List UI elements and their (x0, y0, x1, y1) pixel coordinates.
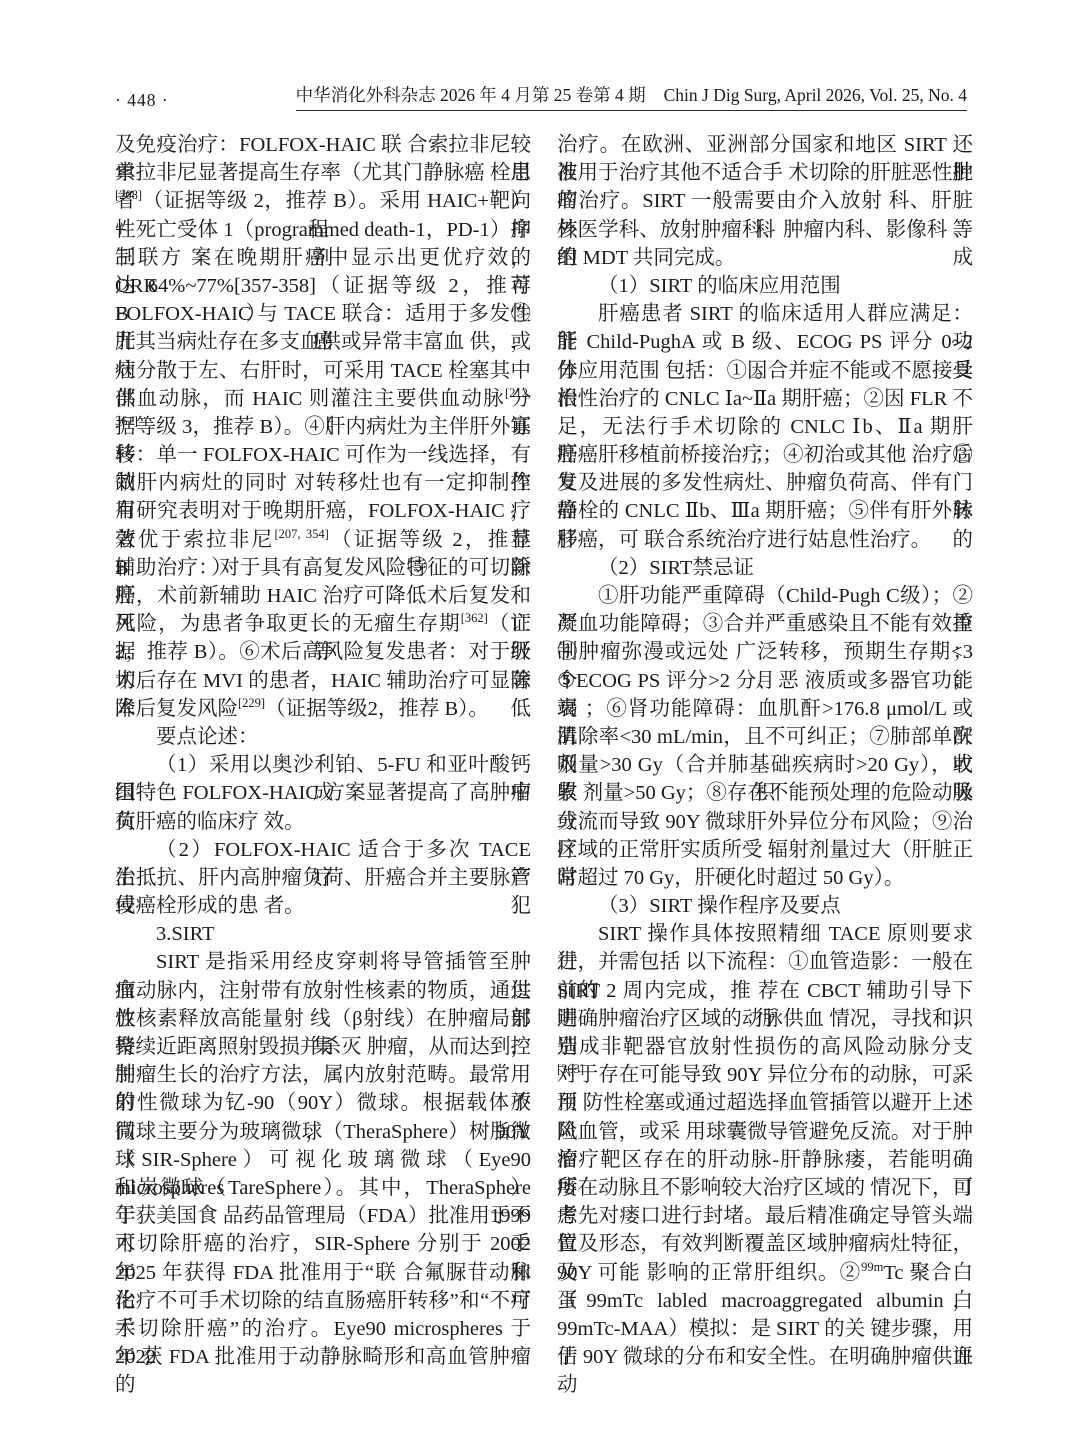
text-line: 2，推荐 B）。⑥术后高风险复发患者：对于肝切除 (115, 638, 531, 666)
text-line: 年 获 FDA 批准用于动静脉畸形和高血管肿瘤的 (115, 1343, 531, 1371)
text-line: [208]（证据等级 2，推荐 B）。采用 HAIC+靶向+程序 (115, 187, 531, 215)
superscript-reference: [207, 354] (274, 527, 328, 541)
text-line: 微球主要分为玻璃微球（TheraSphere）树脂微球 (115, 1118, 531, 1146)
text-line: 时超过 70 Gy，肝硬化时超过 50 Gy）。 (557, 864, 973, 892)
text-line: 索拉非尼显著提高生存率（尤其门静脉癌 栓患者） (115, 159, 531, 187)
text-line: 制肝内病灶的同时 对转移灶也有一定抑制作用， (115, 469, 531, 497)
text-line: 肝癌肝移植前桥接治疗；④初治或其他 治疗后复 (557, 441, 973, 469)
text-line: 尤其当病灶存在多支血供或异常丰富血 供，或病 (115, 328, 531, 356)
page-number: · 448 · (115, 89, 169, 111)
text-line: 置及形态，有效判断覆盖区域肿瘤病灶特征，及 (557, 1230, 973, 1258)
text-line: 治疗。在欧洲、亚洲部分国家和地区 SIRT 还被批 (557, 131, 973, 159)
text-line: 体应用范围 包括：①因合并症不能或不愿接受根 (557, 357, 973, 385)
text-line: 肝癌，可 联合系统治疗进行姑息性治疗。 (557, 526, 973, 554)
text-line: ⑤ECOG PS 评分>2 分、恶 液质或多器官功能衰 (557, 667, 973, 695)
text-line: 的治疗。SIRT 一般需要由介入放射 科、肝脏外科、 (557, 187, 973, 215)
text-line: ①肝功能严重障碍（Child-Pugh C级）；②严重 (557, 582, 973, 610)
text-line: 能 Child-PughA 或 B 级、ECOG PS 评分 0~2 分。具 (557, 328, 973, 356)
text-line: 凝血功能障碍；③合并严重感染且不能有效控制； (557, 610, 973, 638)
text-line: 分流而导致 90Y 微球肝外异位分布风险；⑨治疗 (557, 808, 973, 836)
text-line: 核医学科、放射肿瘤科、肿瘤内科、影像科 等组成 (557, 216, 973, 244)
text-line: 造成非靶器官放射性损伤的高风险动脉分支[363]。 (557, 1033, 973, 1061)
text-line: （1）SIRT 的临床应用范围 (557, 272, 973, 300)
text-line: 90Y 可能 影响的正常肝组织。②99mTc 聚合白蛋白 (557, 1259, 973, 1287)
text-line: 生抵抗、肝内高肿瘤负荷、肝癌合并主要脉管侵犯 (115, 864, 531, 892)
text-line: 术后存在 MVI 的患者，HAIC 辅助治疗可显著降低 (115, 667, 531, 695)
text-line: 著优于索拉非尼[207, 354]（证据等级 2，推荐B）。⑤新 (115, 526, 531, 554)
text-line: （99mTc labled macroaggregated albumin， (557, 1287, 973, 1315)
text-line: （SIR-Sphere）可视化玻璃微球（Eye90 microspheres） (115, 1146, 531, 1174)
text-line: 射性微球为钇-90（90Y）微球。根据载体不同，90Y (115, 1089, 531, 1117)
journal-page: · 448 · 中华消化外科杂志 2026 年 4 月第 25 卷第 4 期Ch… (0, 0, 1080, 1455)
text-line: 术后复发风险[229]（证据等级2，推荐 B）。 (115, 695, 531, 723)
text-line: 区域的正常肝实质所受 辐射剂量过大（肝脏正常 (557, 836, 973, 864)
text-line: 术切除肝癌的治疗，SIR-Sphere 分别于 2002 年和 (115, 1230, 531, 1258)
text-line: 前的 2 周内完成，推 荐在 CBCT 辅助引导下进行， (557, 977, 973, 1005)
text-line: 和炭微球（TareSphere）。其中，TheraSphere 于 1999 (115, 1174, 531, 1202)
right-column: 治疗。在欧洲、亚洲部分国家和地区 SIRT 还被批准用于治疗其他不适合手 术切除… (557, 131, 973, 1371)
text-line: 准用于治疗其他不适合手 术切除的肝脏恶性肿瘤 (557, 159, 973, 187)
text-line: 所在动脉且不影响较大治疗区域的 情况下，可考 (557, 1174, 973, 1202)
text-line: 灶分散于左、右肝时，可采用 TACE 栓塞其中部分 (115, 357, 531, 385)
text-line: 国特色 FOLFOX-HAIC 方案显著提高了高肿瘤负 (115, 779, 531, 807)
text-line: SIRT 是指采用经皮穿刺将导管插管至肿瘤供 (115, 948, 531, 976)
text-line: （2）SIRT禁忌证 (557, 554, 973, 582)
text-line: 收 剂量>50 Gy；⑧存在不能预处理的危险动脉或 (557, 779, 973, 807)
page-header: · 448 · 中华消化外科杂志 2026 年 4 月第 25 卷第 4 期Ch… (115, 84, 967, 111)
text-line: 预 防性栓塞或通过超选择血管插管以避开上述风 (557, 1089, 973, 1117)
text-line: 清除率<30 mL/min，且不可纠正；⑦肺部单次 吸收 (557, 723, 973, 751)
text-line: （1）采用以奥沙利铂、5-FU 和亚叶酸钙组成中 (115, 751, 531, 779)
text-line: 2025 年获得 FDA 批准用于“联 合氟脲苷动脉化疗 (115, 1259, 531, 1287)
text-line: 据等级 3，推荐 B）。④肝内病灶为主伴肝外寡转 (115, 413, 531, 441)
text-line: 性死亡受体 1（programmed death-1，PD-1）抑制剂的 (115, 216, 531, 244)
text-line: SIRT 操作具体按照精细 TACE 原则要求进 (557, 920, 973, 948)
text-line: 达 64%~77%[357-358]（证据等级 2，推荐 B）。③ (115, 272, 531, 300)
text-line: 3.SIRT (115, 920, 531, 948)
superscript-reference: 99m (861, 1260, 883, 1274)
text-line: 癌栓的 CNLC Ⅱb、Ⅲa 期肝癌；⑤伴有肝外转移的 (557, 497, 973, 525)
text-line: 持续近距离照射毁损并杀灭 肿瘤，从而达到控制 (115, 1033, 531, 1061)
text-line: 剂量>30 Gy（合并肺基础疾病时>20 Gy），或累积吸 (557, 751, 973, 779)
text-line: 竭 ；⑥肾功能障碍：血肌酐>176.8 μmol/L 或肌酐 (557, 695, 973, 723)
text-line: 性核素释放高能量射 线（β射线）在肿瘤局部聚集， (115, 1005, 531, 1033)
text-line: 年获美国食 品药品管理局（FDA）批准用于不可手 (115, 1202, 531, 1230)
text-line: 要点论述： (115, 723, 531, 751)
text-line: 荷肝癌的临床疗 效。 (115, 808, 531, 836)
text-line: 虑先对瘘口进行封堵。最后精准确定导管头端 位 (557, 1202, 973, 1230)
text-line: 估 90Y 微球的分布和安全性。在明确肿瘤供血动 (557, 1343, 973, 1371)
left-column: 及免疫治疗：FOLFOX-HAIC 联 合索拉非尼较单用索拉非尼显著提高生存率（… (115, 131, 531, 1371)
text-line: 明确肿瘤治疗区域的动脉供血 情况，寻找和识别 (557, 1005, 973, 1033)
superscript-reference: [362] (461, 611, 488, 625)
journal-title-en: Chin J Dig Surg, April 2026, Vol. 25, No… (664, 85, 967, 105)
text-line: 对于存在可能导致 90Y 异位分布的动脉，可采用 (557, 1061, 973, 1089)
text-line: 足，无法行手术切除的 CNLC Ⅰb、Ⅱa 期肝癌；③ (557, 413, 973, 441)
text-line: 癌，术前新辅助 HAIC 治疗可降低术后复发和死亡 (115, 582, 531, 610)
text-line: 供血动脉，而 HAIC 则灌注主要供血动脉[212, 361]（证 (115, 385, 531, 413)
text-line: 三联方 案在晚期肝癌中显示出更优疗效，ORR 可 (115, 244, 531, 272)
text-line: （2）FOLFOX-HAIC 适合于多次 TACE 治疗产 (115, 836, 531, 864)
journal-header-line: 中华消化外科杂志 2026 年 4 月第 25 卷第 4 期Chin J Dig… (296, 84, 967, 111)
text-line: 移：单一 FOLFOX-HAIC 可作为一线选择，有效控 (115, 441, 531, 469)
superscript-reference: [229] (238, 696, 265, 710)
text-line: 行，并需包括 以下流程：①血管造影：一般在 SIRT (557, 948, 973, 976)
text-line: 发及进展的多发性病灶、肿瘤负荷高、伴有门静脉 (557, 469, 973, 497)
text-line: ④肿瘤弥漫或远处 广泛转移，预期生存期<3 个月； (557, 638, 973, 666)
text-line: 及免疫治疗：FOLFOX-HAIC 联 合索拉非尼较单用 (115, 131, 531, 159)
text-line: 辅助治疗：对于具有高复发风险特征的可切除 肝 (115, 554, 531, 582)
text-line: 术切除肝癌”的治疗。Eye90 microspheres 于 2022 (115, 1315, 531, 1343)
text-line: 险血管，或采 用球囊微导管避免反流。对于肿瘤 (557, 1118, 973, 1146)
text-line: 血动脉内，注射带有放射性核素的物质，通过放射 (115, 977, 531, 1005)
text-line: 风险，为患者争取更长的无瘤生存期[362]（证据等级 (115, 610, 531, 638)
text-line: 99mTc-MAA）模拟：是 SIRT 的关 键步骤，用于评 (557, 1315, 973, 1343)
journal-title-cn: 中华消化外科杂志 2026 年 4 月第 25 卷第 4 期 (296, 85, 646, 105)
text-line: 肿瘤生长的治疗方法，属内放射范畴。最常用的放 (115, 1061, 531, 1089)
text-line: （3）SIRT 操作程序及要点 (557, 892, 973, 920)
text-line: 治疗靶区存在的肝动脉-肝静脉瘘，若能明确瘘口 (557, 1146, 973, 1174)
text-line: 有研究表明对于晚期肝癌，FOLFOX-HAIC 疗效显 (115, 497, 531, 525)
text-line: 治疗不可手术切除的结直肠癌肝转移”和“不可手 (115, 1287, 531, 1315)
text-line: 治性治疗的 CNLC Ⅰa~Ⅱa 期肝癌；②因 FLR 不 (557, 385, 973, 413)
superscript-reference: [208] (115, 189, 142, 203)
text-line: 肝癌患者 SIRT 的临床适用人群应满足：肝功 (557, 300, 973, 328)
text-line: FOLFOX-HAIC 与 TACE 联合：适用于多发性肝癌， (115, 300, 531, 328)
